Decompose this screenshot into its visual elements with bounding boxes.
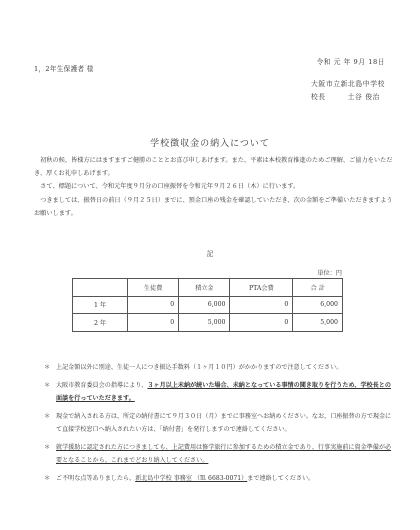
total-cell: 6,000 [293,296,343,314]
asterisk-icon: ＊ [44,379,50,393]
body-paragraph: 初秋の候、皆様方にはますますご健勝のこととお喜び申しあげます。また、平素は本校教… [34,154,394,180]
note-item: ＊ 現金で納入される方は、所定の納付書にて９月３０日（月）までに事務室へお納めく… [44,410,394,437]
document-date: 令和 元 年 9月 18日 [317,56,385,66]
body-paragraph: さて、標題について、令和元年度９月分の口座振替を令和元年９月２６日（木）に行いま… [34,180,394,193]
contact-info: 新北島中学校 事務室 （℡ 6683-0071） [135,475,247,482]
principal-name: 土谷 俊治 [348,93,380,101]
principal: 校長土谷 俊治 [311,91,380,101]
tsumitate-cell: 6,000 [179,296,230,314]
note-item: ＊ 上記金額以外に別途、生徒一人につき振込手数料（１ヶ月１０円）がかかりますので… [44,361,394,375]
principal-title: 校長 [311,93,326,101]
asterisk-icon: ＊ [44,441,50,455]
grade-cell: 2 年 [73,314,128,332]
table-row: 2 年 0 5,000 0 5,000 [73,314,343,332]
seitohi-cell: 0 [128,296,179,314]
ki-heading: 記 [0,248,420,258]
asterisk-icon: ＊ [44,472,50,486]
school-name: 大阪市立新北島中学校 [311,78,385,88]
notes-list: ＊ 上記金額以外に別途、生徒一人につき振込手数料（１ヶ月１０円）がかかりますので… [44,361,394,489]
fee-table: 生徒費 積立金 PTA会費 合 計 1 年 0 6,000 0 6,000 2 … [72,278,343,332]
table-header-row: 生徒費 積立金 PTA会費 合 計 [73,279,343,297]
note-item: ＊ 就学援助に認定された方につきましても、上記費用は修学旅行に参加するための積立… [44,441,394,468]
total-cell: 5,000 [293,314,343,332]
asterisk-icon: ＊ [44,361,50,375]
body-text: 初秋の候、皆様方にはますますご健勝のこととお喜び申しあげます。また、平素は本校教… [34,154,394,220]
seitohi-cell: 0 [128,314,179,332]
tsumitate-cell: 5,000 [179,314,230,332]
recipient: 1，2年生保護者 様 [34,63,94,73]
unit-label: 単位：円 [317,268,342,277]
document-title: 学校徴収金の納入について [0,136,420,149]
table-header: 合 計 [293,279,343,297]
pta-cell: 0 [230,296,293,314]
note-item: ＊ ご不明な点等ありましたら、新北島中学校 事務室 （℡ 6683-0071）ま… [44,472,394,486]
table-header: 積立金 [179,279,230,297]
grade-cell: 1 年 [73,296,128,314]
body-paragraph: つきましては、振替日の前日（９月２５日）までに、預金口座の残金を確認していただき… [34,194,394,220]
pta-cell: 0 [230,314,293,332]
table-header: PTA会費 [230,279,293,297]
note-item: ＊ 大阪市教育委員会の指導により、３ヶ月以上未納が続いた場合、未納となっている事… [44,379,394,406]
table-header [73,279,128,297]
table-row: 1 年 0 6,000 0 6,000 [73,296,343,314]
table-header: 生徒費 [128,279,179,297]
asterisk-icon: ＊ [44,410,50,424]
